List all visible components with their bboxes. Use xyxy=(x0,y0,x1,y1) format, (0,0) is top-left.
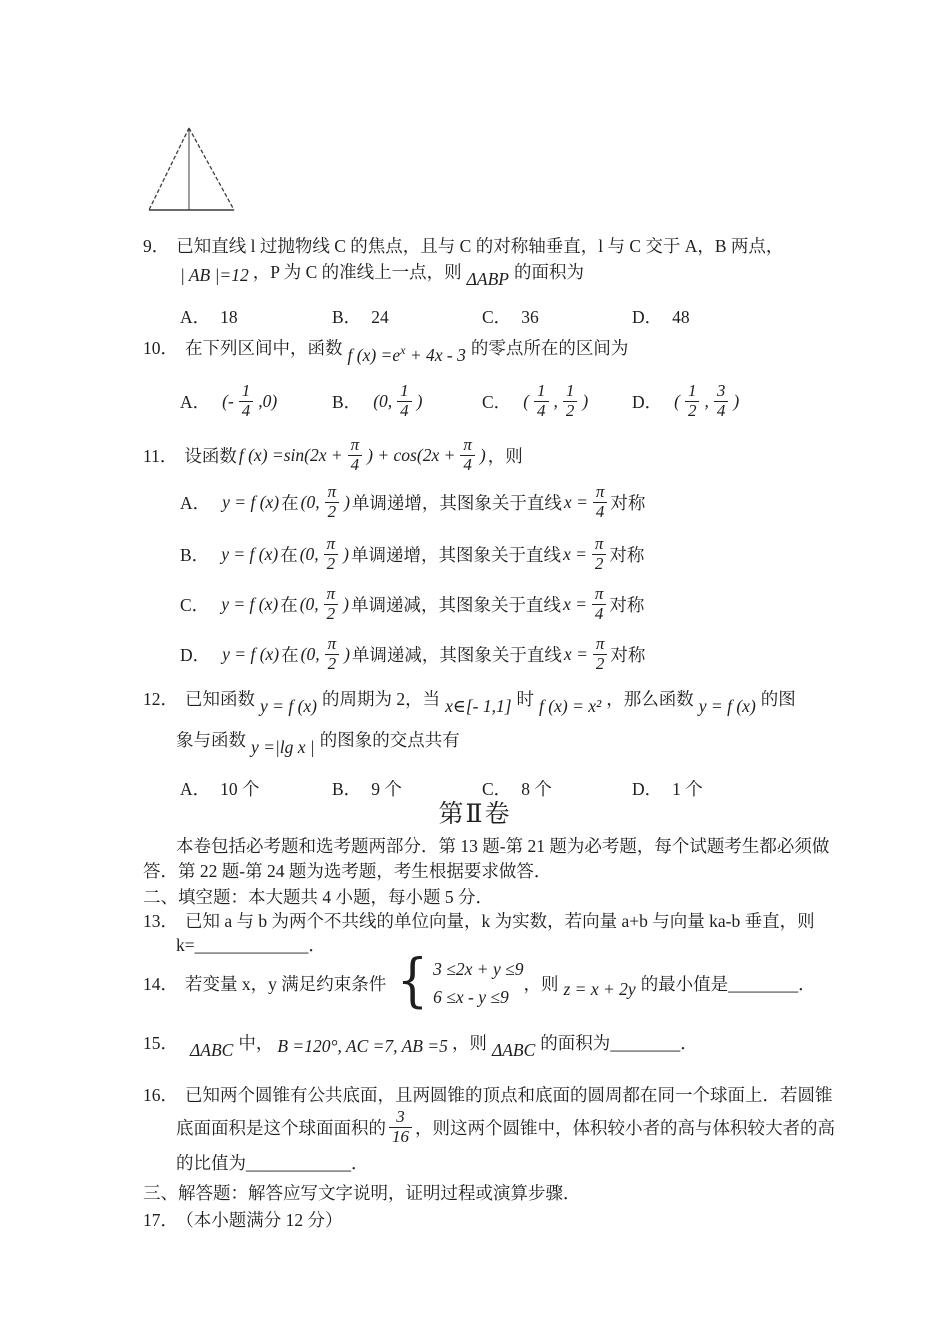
q17-stem: 17．（本小题满分 12 分） xyxy=(143,1207,343,1232)
q10-option-b-fraction: 14 xyxy=(396,382,413,420)
fraction-denominator: 2 xyxy=(324,604,339,624)
part2-paragraph-line2: 答．第 22 题-第 24 题为选考题，考生根据要求做答． xyxy=(143,858,551,883)
q13-number: 13． xyxy=(143,911,178,931)
option-paren1: (0, xyxy=(301,644,320,665)
option-math1: y = f (x) xyxy=(222,644,279,665)
q14-constraint1: 3 ≤2x + y ≤9 xyxy=(433,955,523,983)
option-paren1: (0, xyxy=(300,544,319,565)
q12-math3: f (x) = x² xyxy=(539,696,601,716)
q9-option-a-label: A． xyxy=(180,307,210,327)
q11-option-d-label: D． xyxy=(180,642,210,667)
fraction-denominator: 2 xyxy=(593,654,608,674)
q10-option-c-post: ) xyxy=(582,391,588,412)
fraction-denominator: 4 xyxy=(714,401,729,421)
section3-header: 三、解答题：解答应写文字说明，证明过程或演算步骤． xyxy=(143,1180,581,1205)
q10-option-c: C．(14,12) xyxy=(482,377,590,425)
q11-formula-part2: ) + cos(2x + xyxy=(367,445,455,466)
option-text2: 对称 xyxy=(609,542,644,567)
q14-objective-function: z = x + 2y xyxy=(563,979,635,1000)
q11-text1: 设函数 xyxy=(184,443,237,468)
fraction-numerator: π xyxy=(595,585,604,604)
fraction-denominator: 2 xyxy=(325,654,340,674)
q9-option-b: B．24 xyxy=(332,304,389,329)
q11-text2: ，则 xyxy=(488,443,523,468)
q15-givens: B =120°, AC =7, AB =5 xyxy=(277,1036,448,1056)
q12-math4: y = f (x) xyxy=(699,696,756,716)
q15-number: 15． xyxy=(143,1033,178,1053)
q12-text7: 的图象的交点共有 xyxy=(320,730,460,750)
fraction-denominator: 4 xyxy=(460,455,475,475)
q15-text1: 中， xyxy=(238,1033,273,1053)
q10-option-d: D．(12,34) xyxy=(632,377,741,425)
option-math3: x = xyxy=(563,594,587,615)
q9-option-c-value: 36 xyxy=(521,307,539,327)
q12-math2: x∈[- 1,1] xyxy=(445,696,511,716)
fraction-denominator: 4 xyxy=(592,604,607,624)
option-interval-fraction: π2 xyxy=(324,635,341,673)
q10-option-d-fraction1: 12 xyxy=(684,382,701,420)
fraction-denominator: 2 xyxy=(563,401,578,421)
q9-math-ab: | AB |=12 xyxy=(180,265,249,285)
fraction-numerator: π xyxy=(596,635,605,654)
option-text0: 在 xyxy=(281,642,299,667)
triangle-figure xyxy=(145,122,239,216)
q16-number: 16． xyxy=(143,1085,178,1105)
fraction-numerator: 1 xyxy=(688,382,697,401)
option-text1: 单调递减，其图象关于直线 xyxy=(352,642,562,667)
q9-option-d-value: 48 xyxy=(672,307,690,327)
q14-stem: 14．若变量 x，y 满足约束条件{3 ≤2x + y ≤96 ≤x - y ≤… xyxy=(143,952,816,1014)
q16-text2b: ，则这两个圆锥中，体积较小者的高与体积较大者的高 xyxy=(415,1115,835,1140)
q15-triangle2: ΔABC xyxy=(492,1040,535,1060)
q10-option-d-fraction2: 34 xyxy=(713,382,730,420)
q11-option-a: A．y = f (x)在(0,π2)单调递增，其图象关于直线x =π4对称 xyxy=(180,477,645,527)
q10-option-c-pre: ( xyxy=(523,391,529,412)
q11-option-c-label: C． xyxy=(180,592,209,617)
q9-option-b-label: B． xyxy=(332,307,361,327)
fraction-numerator: 1 xyxy=(400,382,409,401)
q11-fraction2: π4 xyxy=(459,436,476,474)
q10-option-d-post: ) xyxy=(733,391,739,412)
q10-formula-post: + 4x - 3 xyxy=(405,345,465,365)
q9-text3: 的面积为 xyxy=(514,262,584,282)
fraction-numerator: 3 xyxy=(717,382,726,401)
fraction-numerator: π xyxy=(328,635,337,654)
q10-option-d-label: D． xyxy=(632,389,662,414)
q11-option-c: C．y = f (x)在(0,π2)单调递减，其图象关于直线x =π4对称 xyxy=(180,579,644,629)
q12-text3: 时 xyxy=(517,689,535,709)
option-text1: 单调递减，其图象关于直线 xyxy=(351,592,561,617)
fraction-numerator: π xyxy=(595,535,604,554)
q9-number: 9． xyxy=(143,236,169,256)
option-axis-fraction: π4 xyxy=(592,483,609,521)
q10-option-a-pre: (- xyxy=(222,391,234,412)
fraction-denominator: 4 xyxy=(348,455,363,475)
fraction-numerator: π xyxy=(351,436,360,455)
q12-text4: ，那么函数 xyxy=(606,689,694,709)
fraction-denominator: 16 xyxy=(389,1127,412,1147)
q16-fraction: 316 xyxy=(388,1108,413,1146)
q10-option-b-label: B． xyxy=(332,389,361,414)
option-axis-fraction: π2 xyxy=(591,535,608,573)
q10-stem: 10．在下列区间中，函数f (x) =ex + 4x - 3的零点所在的区间为 xyxy=(143,335,628,360)
option-axis-fraction: π2 xyxy=(592,635,609,673)
q10-formula-pre: f (x) =e xyxy=(348,345,401,365)
option-text2: 对称 xyxy=(610,642,645,667)
fraction-numerator: π xyxy=(463,436,472,455)
q12-text2: 的周期为 2，当 xyxy=(322,689,440,709)
option-paren2: ) xyxy=(344,644,350,665)
option-paren1: (0, xyxy=(301,492,320,513)
fraction-denominator: 4 xyxy=(397,401,412,421)
q10-option-a-post: ,0) xyxy=(258,391,277,412)
q10-option-c-comma: , xyxy=(554,391,558,412)
option-math1: y = f (x) xyxy=(221,544,278,565)
q11-formula-part3: ) xyxy=(480,445,486,466)
option-text0: 在 xyxy=(281,490,299,515)
q15-triangle1: ΔABC xyxy=(190,1040,233,1060)
option-text2: 对称 xyxy=(609,592,644,617)
q10-option-a-label: A． xyxy=(180,389,210,414)
option-math1: y = f (x) xyxy=(221,594,278,615)
option-paren2: ) xyxy=(343,544,349,565)
q12-math5: y =|lg x | xyxy=(251,737,315,757)
fraction-numerator: π xyxy=(596,483,605,502)
q10-option-c-label: C． xyxy=(482,389,511,414)
q11-option-b: B．y = f (x)在(0,π2)单调递增，其图象关于直线x =π2对称 xyxy=(180,529,644,579)
section2-header: 二、填空题：本大题共 4 小题，每小题 5 分． xyxy=(143,884,493,909)
option-paren2: ) xyxy=(343,594,349,615)
q10-option-b-pre: (0, xyxy=(373,391,392,412)
option-interval-fraction: π2 xyxy=(324,483,341,521)
q14-number: 14． xyxy=(143,971,178,996)
part2-paragraph-line1: 本卷包括必考题和选考题两部分．第 13 题-第 21 题为必考题，每个试题考生都… xyxy=(176,833,829,858)
q11-stem: 11．设函数f (x) =sin(2x +π4) + cos(2x +π4)，则 xyxy=(143,429,523,481)
q9-option-c: C．36 xyxy=(482,304,539,329)
fraction-denominator: 4 xyxy=(593,502,608,522)
option-math3: x = xyxy=(564,644,588,665)
q12-math1: y = f (x) xyxy=(260,696,317,716)
part2-title: 第Ⅱ卷 xyxy=(0,794,950,830)
fraction-numerator: 1 xyxy=(242,382,251,401)
q14-text1: 若变量 x，y 满足约束条件 xyxy=(185,971,386,996)
q13-line1: 13．已知 a 与 b 为两个不共线的单位向量，k 为实数，若向量 a+b 与向… xyxy=(143,908,815,933)
option-text0: 在 xyxy=(280,542,298,567)
q12-line2: 象与函数y =|lg x |的图象的交点共有 xyxy=(176,727,460,752)
q17-text: （本小题满分 12 分） xyxy=(185,1210,343,1230)
q11-fraction1: π4 xyxy=(347,436,364,474)
option-axis-fraction: π4 xyxy=(591,585,608,623)
option-text1: 单调递增，其图象关于直线 xyxy=(351,542,561,567)
option-paren1: (0, xyxy=(300,594,319,615)
q16-line2: 底面面积是这个球面面积的316，则这两个圆锥中，体积较小者的高与体积较大者的高 xyxy=(176,1104,835,1150)
q12-text5: 的图 xyxy=(761,689,796,709)
q12-text6: 象与函数 xyxy=(176,730,246,750)
q15-stem: 15．ΔABC中，B =120°, AC =7, AB =5，则ΔABC的面积为… xyxy=(143,1030,698,1055)
q13-text: 已知 a 与 b 为两个不共线的单位向量，k 为实数，若向量 a+b 与向量 k… xyxy=(185,911,815,931)
option-text1: 单调递增，其图象关于直线 xyxy=(352,490,562,515)
exam-paper-page: 9．已知直线 l 过抛物线 C 的焦点，且与 C 的对称轴垂直，l 与 C 交于… xyxy=(0,0,950,1344)
q9-text2: ，P 为 C 的准线上一点，则 xyxy=(253,262,462,282)
q14-text2: ，则 xyxy=(523,971,558,996)
fraction-numerator: 1 xyxy=(566,382,575,401)
fraction-denominator: 2 xyxy=(685,401,700,421)
fraction-denominator: 2 xyxy=(325,502,340,522)
q9-text1: 已知直线 l 过抛物线 C 的焦点，且与 C 的对称轴垂直，l 与 C 交于 A… xyxy=(176,236,783,256)
q10-option-d-pre: ( xyxy=(674,391,680,412)
option-math3: x = xyxy=(564,492,588,513)
q12-line1: 12．已知函数y = f (x)的周期为 2，当x∈[- 1,1]时f (x) … xyxy=(143,686,796,711)
q15-text2: ，则 xyxy=(452,1033,487,1053)
q16-answer-blank: 的比值为____________． xyxy=(176,1150,369,1175)
fraction-numerator: π xyxy=(327,585,336,604)
q11-option-a-label: A． xyxy=(180,490,210,515)
q10-option-b: B．(0,14) xyxy=(332,377,424,425)
option-paren2: ) xyxy=(344,492,350,513)
q10-option-d-comma: , xyxy=(704,391,708,412)
q9-option-c-label: C． xyxy=(482,307,511,327)
q15-answer-blank: 的面积为________． xyxy=(540,1033,698,1053)
q10-option-a-fraction: 14 xyxy=(238,382,255,420)
fraction-denominator: 4 xyxy=(534,401,549,421)
option-interval-fraction: π2 xyxy=(323,585,340,623)
q9-option-a: A．18 xyxy=(180,304,238,329)
q10-option-b-post: ) xyxy=(417,391,423,412)
q10-text1: 在下列区间中，函数 xyxy=(185,338,343,358)
fraction-numerator: 3 xyxy=(396,1108,405,1127)
q14-text3: 的最小值是________． xyxy=(641,971,816,996)
option-math3: x = xyxy=(563,544,587,565)
q9-option-d-label: D． xyxy=(632,307,662,327)
fraction-denominator: 4 xyxy=(239,401,254,421)
q9-math-abp: ΔABP xyxy=(467,269,509,289)
fraction-numerator: π xyxy=(328,483,337,502)
q11-number: 11． xyxy=(143,443,177,468)
option-text2: 对称 xyxy=(610,490,645,515)
triangle-right-edge xyxy=(189,128,234,210)
q16-text2a: 底面面积是这个球面面积的 xyxy=(176,1115,386,1140)
q9-option-b-value: 24 xyxy=(371,307,389,327)
q10-number: 10． xyxy=(143,338,178,358)
q14-constraint2: 6 ≤x - y ≤9 xyxy=(433,983,523,1011)
q9-line1: 9．已知直线 l 过抛物线 C 的焦点，且与 C 的对称轴垂直，l 与 C 交于… xyxy=(143,233,783,258)
fraction-numerator: π xyxy=(327,535,336,554)
q10-option-c-fraction2: 12 xyxy=(562,382,579,420)
option-text0: 在 xyxy=(280,592,298,617)
q10-text2: 的零点所在的区间为 xyxy=(471,338,629,358)
q16-text1: 已知两个圆锥有公共底面，且两圆锥的顶点和底面的圆周都在同一个球面上．若圆锥 xyxy=(185,1085,833,1105)
fraction-numerator: 1 xyxy=(537,382,546,401)
q10-options: A．(- 14,0) B．(0,14) C．(14,12) D．(12,34) xyxy=(143,377,923,425)
fraction-denominator: 2 xyxy=(592,554,607,574)
q9-line2: | AB |=12，P 为 C 的准线上一点，则ΔABP的面积为 xyxy=(176,259,584,284)
option-interval-fraction: π2 xyxy=(323,535,340,573)
fraction-denominator: 2 xyxy=(324,554,339,574)
triangle-left-edge xyxy=(149,128,189,210)
q17-number: 17． xyxy=(143,1210,178,1230)
q11-option-b-label: B． xyxy=(180,542,209,567)
q11-formula-part1: f (x) =sin(2x + xyxy=(239,445,343,466)
q12-text1: 已知函数 xyxy=(185,689,255,709)
q12-number: 12． xyxy=(143,689,178,709)
option-math1: y = f (x) xyxy=(222,492,279,513)
q10-formula: f (x) =ex + 4x - 3 xyxy=(348,345,466,365)
q14-constraint-system: 3 ≤2x + y ≤96 ≤x - y ≤9 xyxy=(433,955,523,1011)
q10-option-c-fraction1: 14 xyxy=(533,382,550,420)
q10-option-a: A．(- 14,0) xyxy=(180,377,279,425)
q9-option-d: D．48 xyxy=(632,304,690,329)
q11-option-d: D．y = f (x)在(0,π2)单调递减，其图象关于直线x =π2对称 xyxy=(180,629,645,679)
q9-option-a-value: 18 xyxy=(220,307,238,327)
